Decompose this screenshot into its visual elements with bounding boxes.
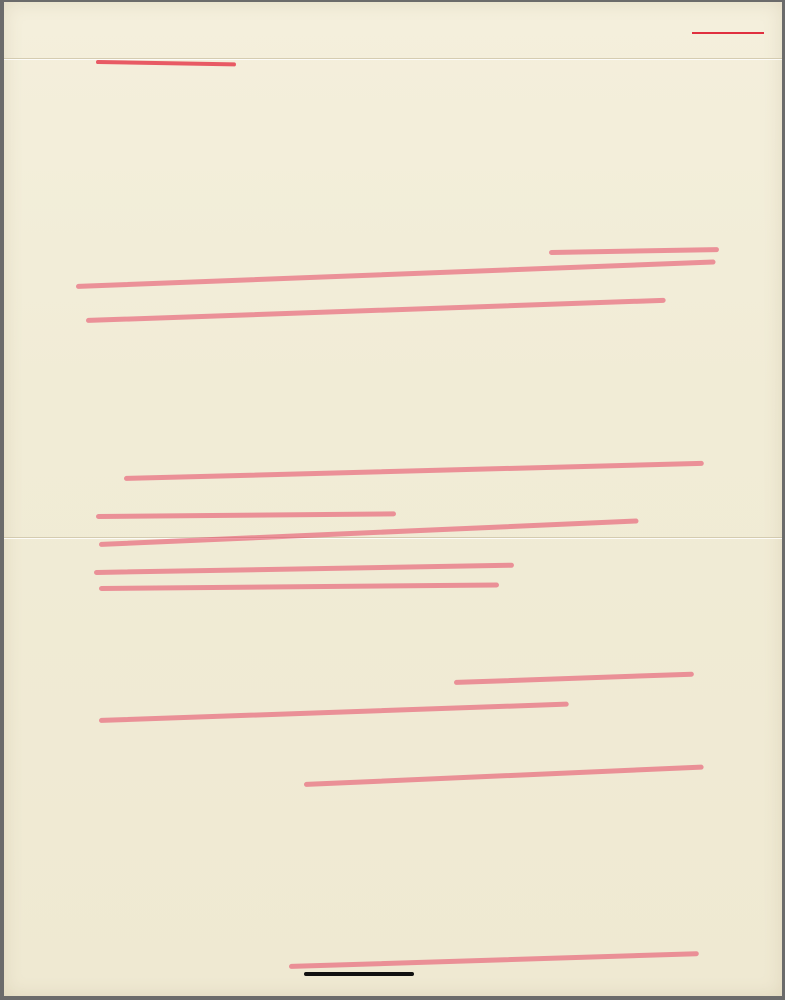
- red-underline: [96, 511, 396, 519]
- red-underline: [454, 672, 694, 685]
- red-underline: [304, 765, 704, 787]
- red-underline: [289, 951, 699, 969]
- red-underline: [99, 583, 499, 591]
- paper-fold: [4, 537, 782, 538]
- red-underline: [94, 563, 514, 575]
- letter-page: [4, 2, 782, 996]
- red-underline: [76, 259, 716, 289]
- red-underline: [549, 247, 719, 255]
- red-underline: [99, 702, 569, 723]
- red-underline: [86, 298, 666, 323]
- red-underline: [99, 518, 639, 547]
- black-underline: [304, 972, 414, 976]
- paper-fold: [4, 58, 782, 59]
- red-underline: [96, 60, 236, 66]
- red-underline: [124, 461, 704, 481]
